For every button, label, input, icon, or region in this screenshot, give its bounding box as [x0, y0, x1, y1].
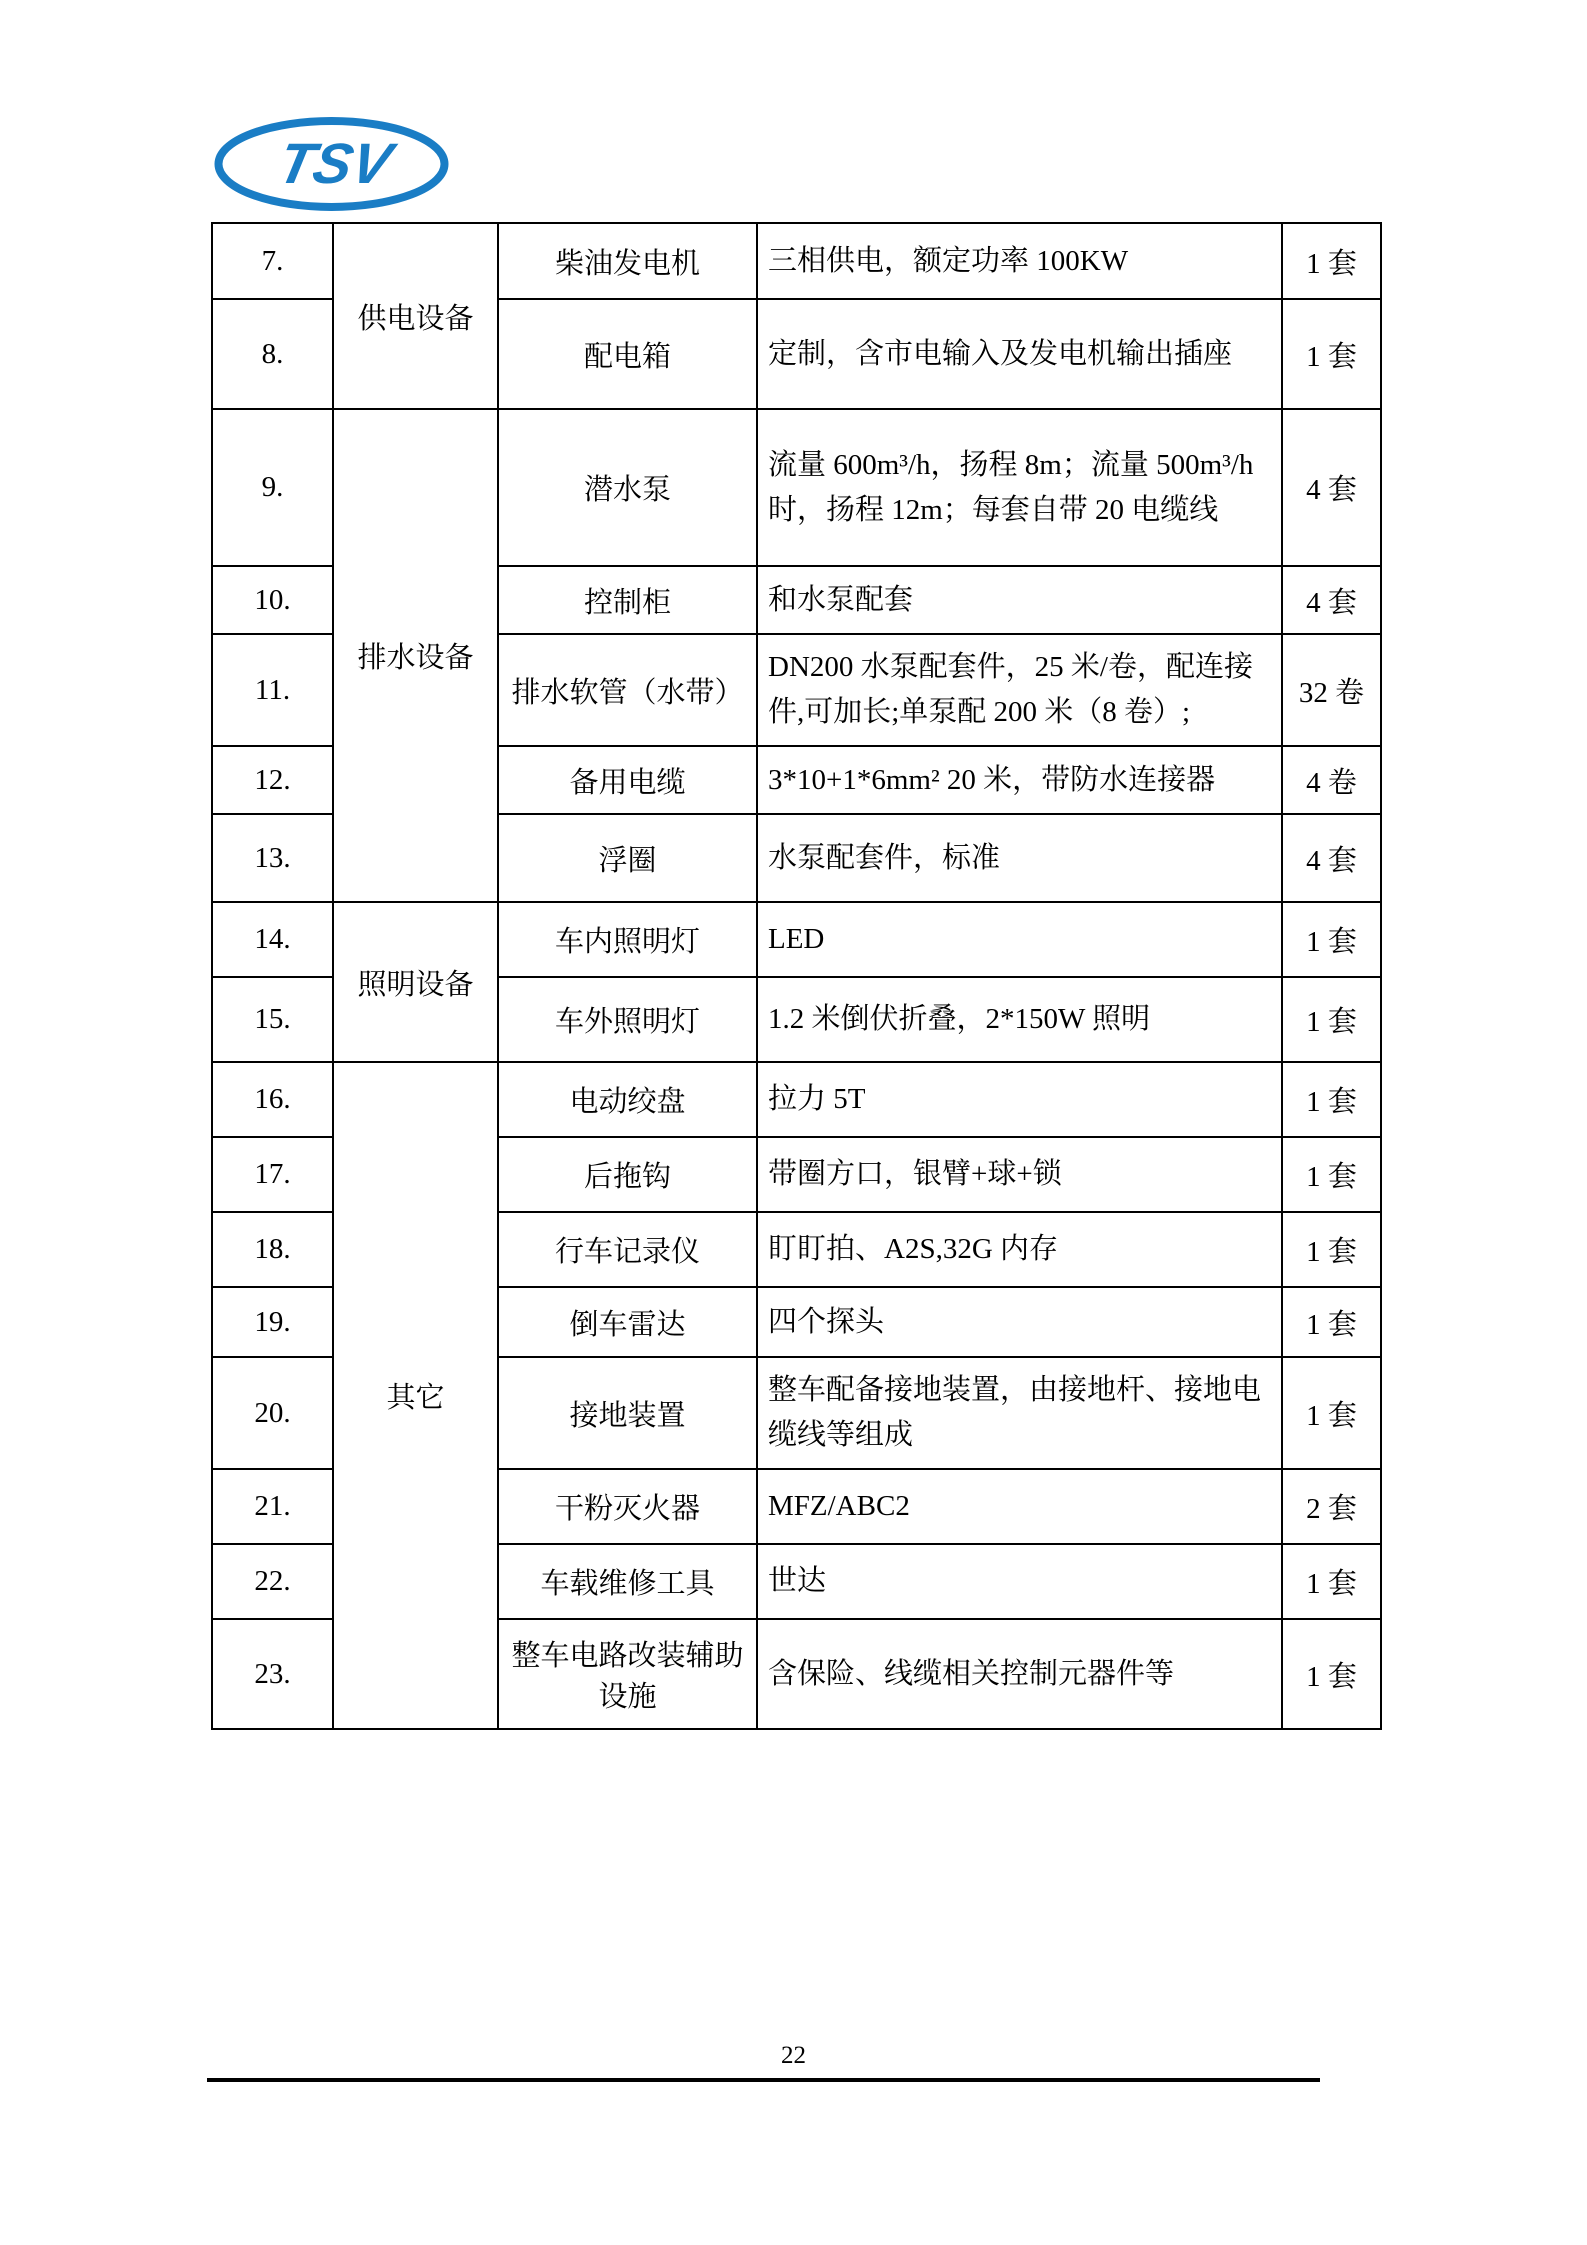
row-number-cell: 7.	[212, 223, 333, 299]
row-number-cell: 23.	[212, 1619, 333, 1729]
quantity-cell: 1 套	[1282, 223, 1381, 299]
item-cell: 后拖钩	[498, 1137, 757, 1212]
quantity-cell: 4 套	[1282, 566, 1381, 634]
quantity-cell: 1 套	[1282, 299, 1381, 409]
item-cell: 潜水泵	[498, 409, 757, 566]
quantity-cell: 1 套	[1282, 977, 1381, 1062]
quantity-cell: 2 套	[1282, 1469, 1381, 1544]
description-cell: 1.2 米倒伏折叠，2*150W 照明	[757, 977, 1282, 1062]
quantity-cell: 1 套	[1282, 1212, 1381, 1287]
quantity-cell: 1 套	[1282, 902, 1381, 977]
row-number-cell: 18.	[212, 1212, 333, 1287]
item-cell: 浮圈	[498, 814, 757, 902]
row-number-cell: 11.	[212, 634, 333, 746]
table-row: 16.其它电动绞盘拉力 5T1 套	[212, 1062, 1381, 1137]
category-cell: 供电设备	[333, 223, 498, 409]
quantity-cell: 1 套	[1282, 1544, 1381, 1619]
item-cell: 电动绞盘	[498, 1062, 757, 1137]
description-cell: 世达	[757, 1544, 1282, 1619]
row-number-cell: 20.	[212, 1357, 333, 1469]
item-cell: 车内照明灯	[498, 902, 757, 977]
description-cell: LED	[757, 902, 1282, 977]
page-number: 22	[0, 2042, 1587, 2070]
quantity-cell: 4 卷	[1282, 746, 1381, 814]
quantity-cell: 1 套	[1282, 1357, 1381, 1469]
logo-text: TSV	[273, 133, 402, 196]
item-cell: 柴油发电机	[498, 223, 757, 299]
row-number-cell: 8.	[212, 299, 333, 409]
description-cell: 整车配备接地装置，由接地杆、接地电缆线等组成	[757, 1357, 1282, 1469]
quantity-cell: 1 套	[1282, 1287, 1381, 1357]
description-cell: 定制，含市电输入及发电机输出插座	[757, 299, 1282, 409]
description-cell: DN200 水泵配套件，25 米/卷，配连接件,可加长;单泵配 200 米（8 …	[757, 634, 1282, 746]
category-cell: 照明设备	[333, 902, 498, 1062]
row-number-cell: 16.	[212, 1062, 333, 1137]
table-row: 7.供电设备柴油发电机三相供电，额定功率 100KW1 套	[212, 223, 1381, 299]
tsv-logo: TSV	[213, 116, 450, 212]
row-number-cell: 19.	[212, 1287, 333, 1357]
item-cell: 排水软管（水带）	[498, 634, 757, 746]
quantity-cell: 4 套	[1282, 409, 1381, 566]
quantity-cell: 1 套	[1282, 1137, 1381, 1212]
equipment-table-body: 7.供电设备柴油发电机三相供电，额定功率 100KW1 套8.配电箱定制，含市电…	[212, 223, 1381, 1729]
description-cell: 盯盯拍、A2S,32G 内存	[757, 1212, 1282, 1287]
description-cell: 3*10+1*6mm² 20 米，带防水连接器	[757, 746, 1282, 814]
row-number-cell: 17.	[212, 1137, 333, 1212]
item-cell: 行车记录仪	[498, 1212, 757, 1287]
item-cell: 备用电缆	[498, 746, 757, 814]
item-cell: 配电箱	[498, 299, 757, 409]
item-cell: 车外照明灯	[498, 977, 757, 1062]
description-cell: 三相供电，额定功率 100KW	[757, 223, 1282, 299]
item-cell: 车载维修工具	[498, 1544, 757, 1619]
description-cell: 四个探头	[757, 1287, 1282, 1357]
description-cell: 水泵配套件，标准	[757, 814, 1282, 902]
row-number-cell: 13.	[212, 814, 333, 902]
row-number-cell: 15.	[212, 977, 333, 1062]
description-cell: 带圈方口，银臂+球+锁	[757, 1137, 1282, 1212]
item-cell: 干粉灭火器	[498, 1469, 757, 1544]
equipment-table: 7.供电设备柴油发电机三相供电，额定功率 100KW1 套8.配电箱定制，含市电…	[211, 222, 1382, 1730]
description-cell: 拉力 5T	[757, 1062, 1282, 1137]
description-cell: MFZ/ABC2	[757, 1469, 1282, 1544]
row-number-cell: 9.	[212, 409, 333, 566]
quantity-cell: 1 套	[1282, 1062, 1381, 1137]
description-cell: 流量 600m³/h，扬程 8m；流量 500m³/h 时，扬程 12m；每套自…	[757, 409, 1282, 566]
row-number-cell: 14.	[212, 902, 333, 977]
row-number-cell: 10.	[212, 566, 333, 634]
table-row: 14.照明设备车内照明灯LED1 套	[212, 902, 1381, 977]
quantity-cell: 32 卷	[1282, 634, 1381, 746]
row-number-cell: 12.	[212, 746, 333, 814]
item-cell: 接地装置	[498, 1357, 757, 1469]
footer-rule	[207, 2078, 1320, 2082]
item-cell: 控制柜	[498, 566, 757, 634]
row-number-cell: 21.	[212, 1469, 333, 1544]
category-cell: 排水设备	[333, 409, 498, 902]
item-cell: 整车电路改装辅助设施	[498, 1619, 757, 1729]
quantity-cell: 1 套	[1282, 1619, 1381, 1729]
description-cell: 含保险、线缆相关控制元器件等	[757, 1619, 1282, 1729]
row-number-cell: 22.	[212, 1544, 333, 1619]
category-cell: 其它	[333, 1062, 498, 1729]
document-page: TSV 7.供电设备柴油发电机三相供电，额定功率 100KW1 套8.配电箱定制…	[0, 0, 1587, 2245]
description-cell: 和水泵配套	[757, 566, 1282, 634]
item-cell: 倒车雷达	[498, 1287, 757, 1357]
table-row: 9.排水设备潜水泵流量 600m³/h，扬程 8m；流量 500m³/h 时，扬…	[212, 409, 1381, 566]
quantity-cell: 4 套	[1282, 814, 1381, 902]
